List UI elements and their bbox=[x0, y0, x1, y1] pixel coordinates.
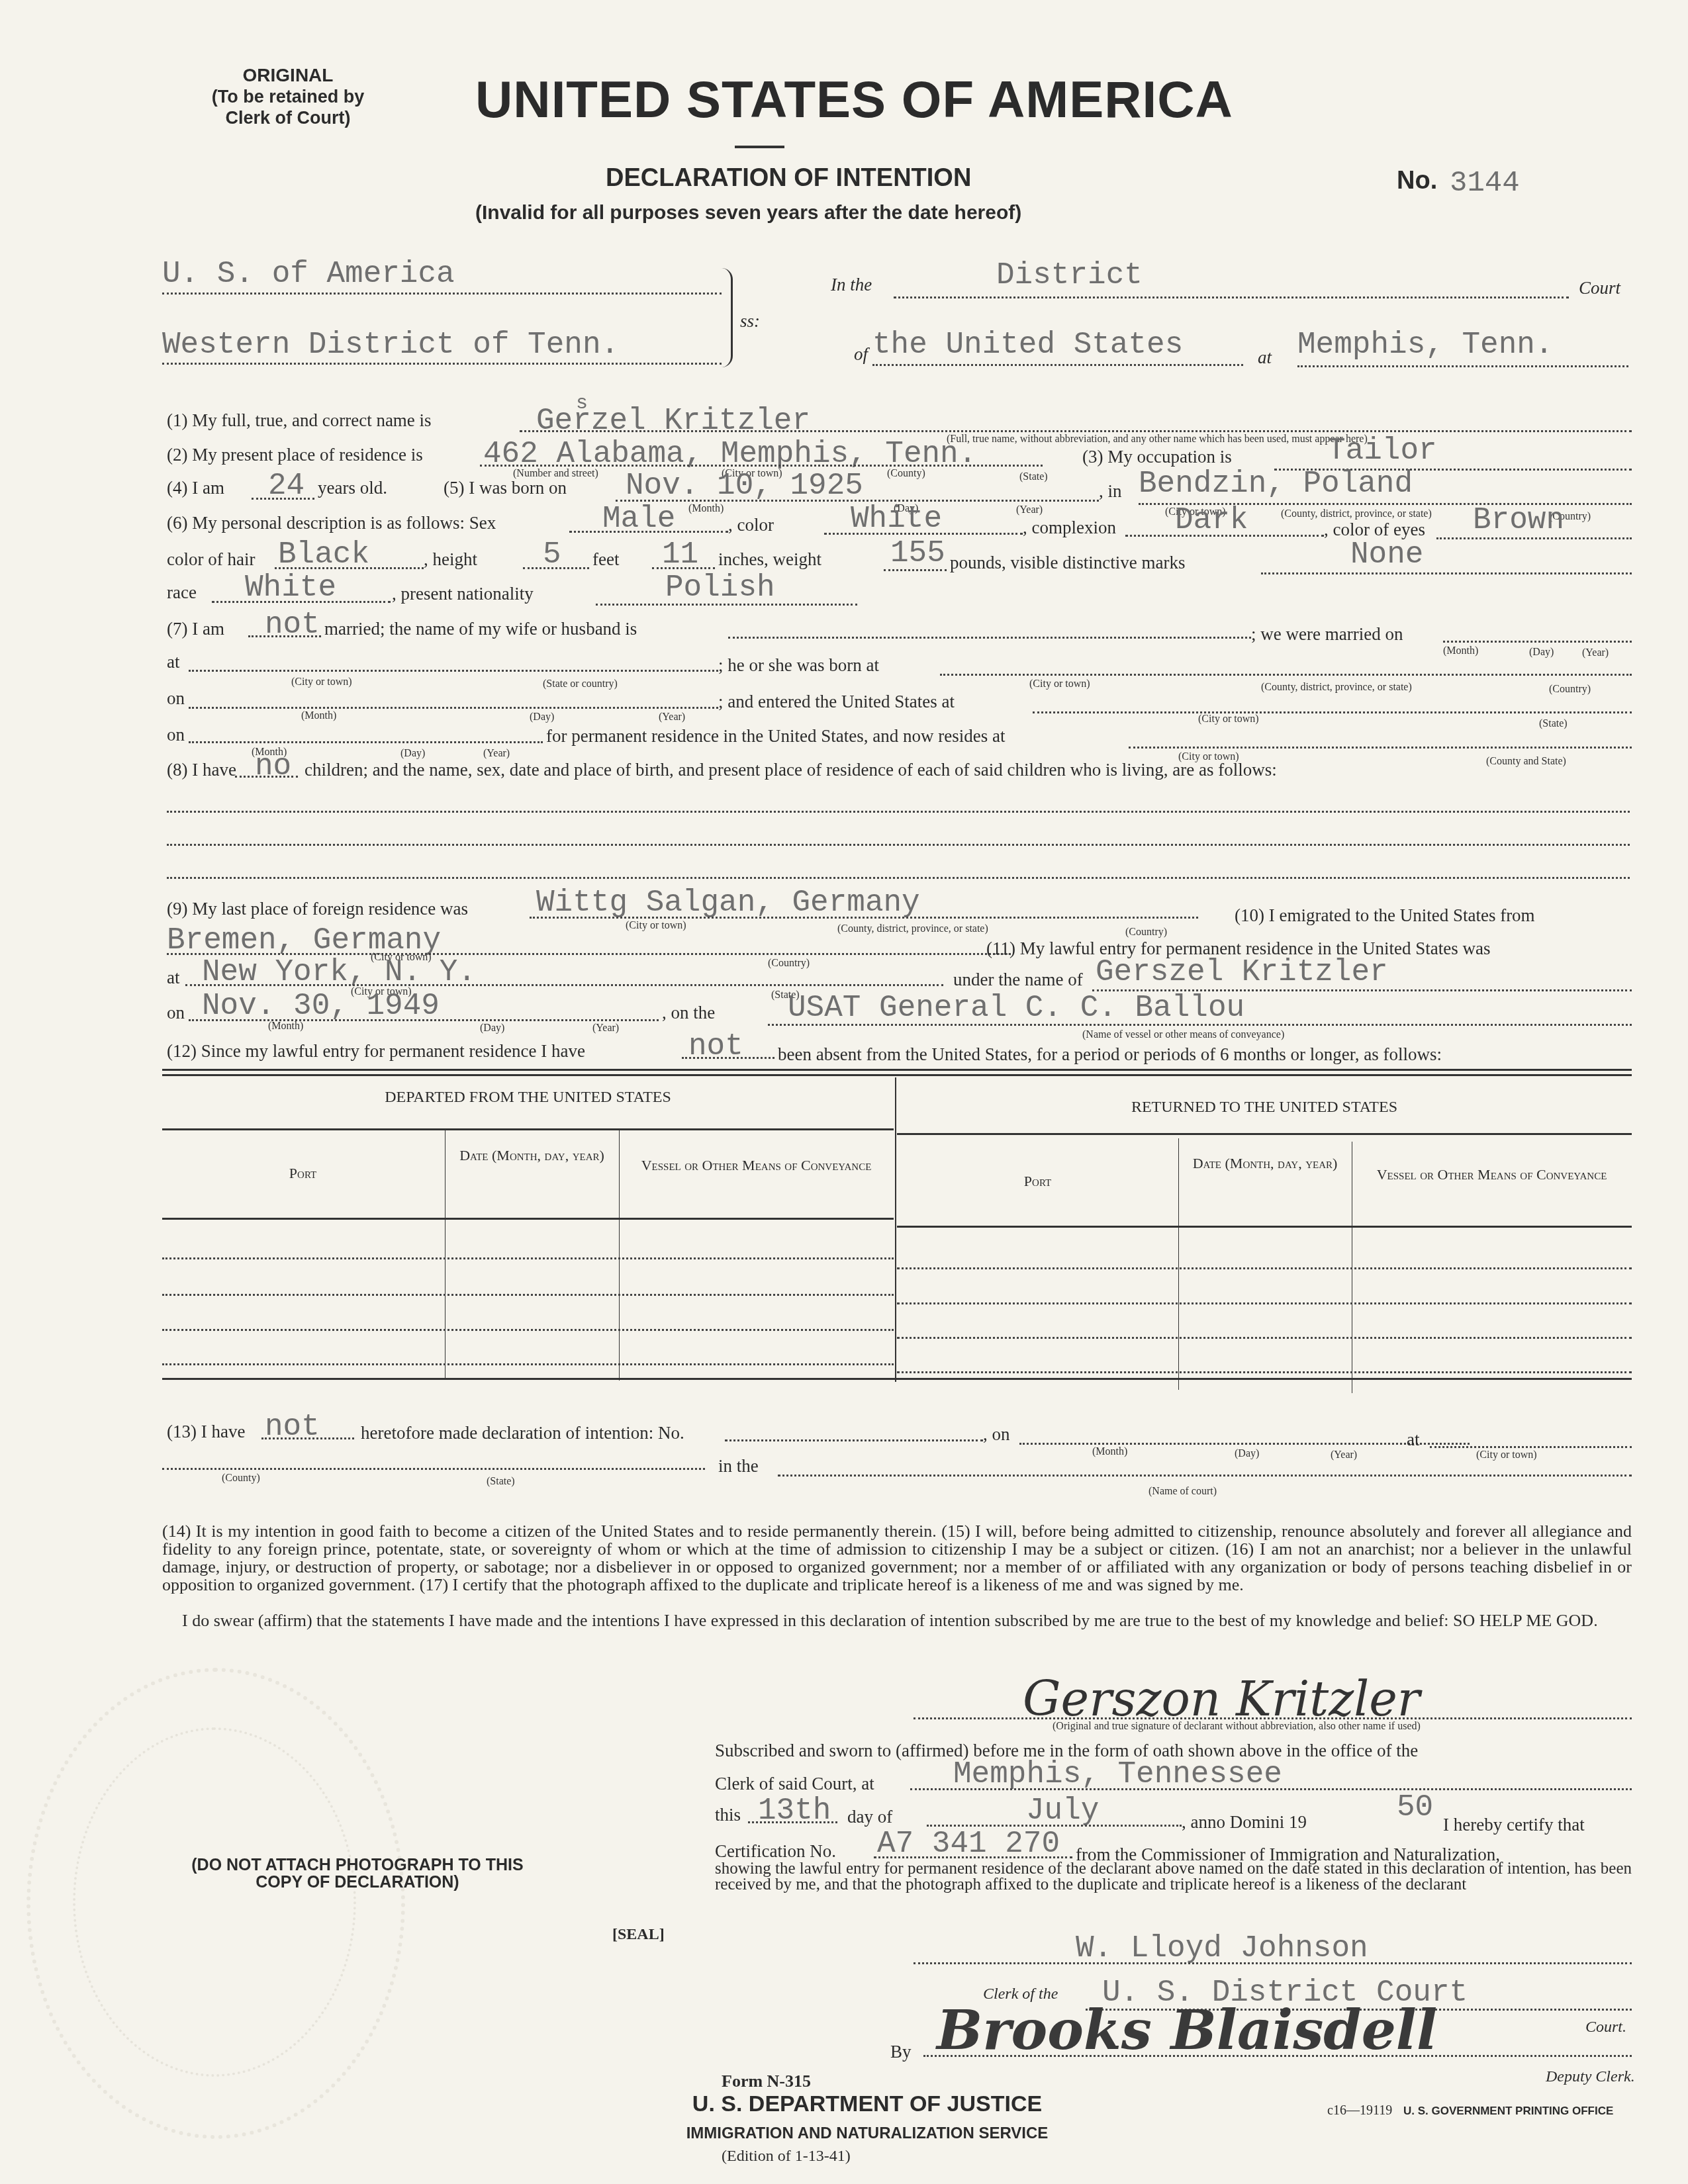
spouse-entry-line bbox=[1033, 711, 1632, 713]
service-name: IMMIGRATION AND NATURALIZATION SERVICE bbox=[609, 2124, 1125, 2143]
q7-married-on-label: ; we were married on bbox=[1251, 624, 1403, 645]
race-label: race bbox=[167, 582, 197, 603]
declarant-signature-line bbox=[914, 1717, 1632, 1719]
col-divider-3 bbox=[1178, 1138, 1179, 1390]
court-of-field[interactable]: the United States bbox=[872, 328, 1183, 362]
complexion-line bbox=[1125, 535, 1324, 537]
q7-entered-label: ; and entered the United States at bbox=[718, 692, 955, 712]
oath-location-line bbox=[910, 1788, 1632, 1790]
court-type-line bbox=[894, 296, 1569, 298]
q9-caption-county: (County, district, province, or state) bbox=[837, 923, 988, 935]
row-line-right bbox=[897, 1371, 1632, 1373]
photo-note-line-1: (DO NOT ATTACH PHOTOGRAPH TO THIS bbox=[165, 1856, 549, 1874]
row-line-right bbox=[897, 1337, 1632, 1339]
seal-label: [SEAL] bbox=[612, 1926, 665, 1944]
q7-at-caption-state: (State or country) bbox=[543, 678, 618, 690]
venue-brace bbox=[722, 268, 733, 367]
q7-at-caption-city: (City or town) bbox=[291, 676, 352, 688]
q13-label: (13) I have bbox=[167, 1422, 245, 1442]
declarant-signature-caption: (Original and true signature of declaran… bbox=[1053, 1721, 1421, 1733]
children-line-1 bbox=[167, 811, 1630, 813]
q11-date-line bbox=[189, 1019, 659, 1021]
day-of-label: day of bbox=[847, 1807, 892, 1827]
occupation-field[interactable]: Tailor bbox=[1327, 433, 1437, 468]
certification-label: Certification No. bbox=[715, 1841, 836, 1862]
height-label: , height bbox=[424, 549, 477, 570]
of-label: of bbox=[854, 344, 868, 365]
clerk-name-field[interactable]: W. Lloyd Johnson bbox=[1076, 1931, 1368, 1966]
title-rule bbox=[735, 146, 784, 148]
q13-at-label: at bbox=[1407, 1430, 1420, 1450]
race-line bbox=[212, 601, 391, 603]
q13-caption-month: (Month) bbox=[1092, 1446, 1127, 1458]
q11-caption-year: (Year) bbox=[592, 1023, 619, 1034]
row-line-left bbox=[162, 1294, 894, 1296]
q3-label: (3) My occupation is bbox=[1082, 447, 1232, 467]
col-divider-1 bbox=[445, 1128, 445, 1379]
venue-country-field[interactable]: U. S. of America bbox=[162, 257, 455, 291]
oath-paragraph: (14) It is my intention in good faith to… bbox=[162, 1522, 1632, 1594]
row-line-right bbox=[897, 1302, 1632, 1304]
q13-caption-year: (Year) bbox=[1331, 1449, 1357, 1461]
q2-caption-state: (State) bbox=[1019, 471, 1048, 483]
this-label: this bbox=[715, 1805, 741, 1825]
q13-on-label: , on bbox=[983, 1424, 1010, 1445]
q12-line bbox=[682, 1057, 774, 1059]
q5-label: (5) I was born on bbox=[444, 478, 567, 498]
q9-caption-country: (Country) bbox=[1125, 927, 1167, 938]
birth-date-field[interactable]: Nov. 10, 1925 bbox=[626, 469, 863, 503]
original-stamp: ORIGINAL (To be retained by Clerk of Cou… bbox=[199, 65, 377, 128]
oath-month-field[interactable]: July bbox=[1026, 1794, 1099, 1828]
nationality-field[interactable]: Polish bbox=[665, 570, 775, 605]
departed-heading-rule bbox=[162, 1128, 894, 1130]
color-label: , color bbox=[728, 515, 774, 535]
married-date-line bbox=[1443, 641, 1632, 643]
print-code: c16—19119 bbox=[1327, 2103, 1392, 2118]
q11-vessel-caption: (Name of vessel or other means of convey… bbox=[1082, 1029, 1284, 1041]
q7-spouse-label: married; the name of my wife or husband … bbox=[324, 619, 637, 639]
q7-on-label: on bbox=[167, 688, 185, 709]
col-header-vessel-returned: Vessel or Other Means of Conveyance bbox=[1352, 1166, 1632, 1183]
q5-caption-month: (Month) bbox=[688, 503, 724, 515]
color-field[interactable]: White bbox=[851, 502, 942, 536]
q9-label: (9) My last place of foreign residence w… bbox=[167, 899, 468, 919]
certify-label: I hereby certify that bbox=[1443, 1815, 1585, 1835]
q7-on2-caption-day: (Day) bbox=[400, 748, 425, 760]
last-foreign-residence-field[interactable]: Wittg Salgan, Germany bbox=[536, 886, 920, 920]
returned-heading-rule bbox=[897, 1133, 1632, 1135]
form-number: Form N-315 bbox=[722, 2071, 811, 2091]
q7-entered-caption-city: (City or town) bbox=[1198, 713, 1259, 725]
swear-paragraph: I do swear (affirm) that the statements … bbox=[162, 1612, 1632, 1629]
prior-county-state-line bbox=[162, 1468, 705, 1470]
col-header-port-returned: Port bbox=[897, 1173, 1178, 1190]
page-title: UNITED STATES OF AMERICA bbox=[475, 69, 1233, 130]
weight-label: inches, weight bbox=[718, 549, 821, 570]
children-line-3 bbox=[167, 877, 1630, 879]
children-line-2 bbox=[167, 844, 1630, 846]
column-header-rule-left bbox=[162, 1218, 894, 1220]
table-center-divider bbox=[895, 1077, 896, 1382]
q7-on-caption-day: (Day) bbox=[530, 711, 554, 723]
height-inches-line bbox=[652, 567, 715, 569]
q7-entered-caption-state: (State) bbox=[1539, 718, 1568, 730]
race-field[interactable]: White bbox=[245, 570, 336, 605]
weight-line bbox=[884, 569, 947, 571]
q7-on-caption-year: (Year) bbox=[659, 711, 685, 723]
original-note-1: (To be retained by bbox=[199, 86, 377, 107]
in-the-label: In the bbox=[831, 275, 872, 295]
prior-court-line bbox=[778, 1475, 1632, 1477]
court-suffix: Court. bbox=[1585, 2019, 1626, 2036]
validity-note: (Invalid for all purposes seven years af… bbox=[475, 202, 1021, 224]
q13-caption-state: (State) bbox=[487, 1476, 515, 1488]
birth-place-field[interactable]: Bendzin, Poland bbox=[1139, 467, 1413, 501]
court-type-field[interactable]: District bbox=[996, 258, 1143, 293]
by-label: By bbox=[890, 2042, 912, 2062]
department-name: U. S. DEPARTMENT OF JUSTICE bbox=[622, 2091, 1112, 2117]
embossed-seal-inner bbox=[73, 1727, 356, 2077]
deputy-clerk-signature[interactable]: Brooks Blaisdell bbox=[937, 1999, 1437, 2062]
children-field[interactable]: no bbox=[255, 749, 291, 784]
q13-caption-court: (Name of court) bbox=[1149, 1486, 1217, 1498]
declaration-number-label: No. bbox=[1397, 167, 1437, 195]
q5-place-caption-county: (County, district, province, or state) bbox=[1281, 508, 1432, 520]
declaration-number[interactable]: 3144 bbox=[1450, 167, 1520, 200]
q11-caption-month: (Month) bbox=[268, 1021, 303, 1032]
q7-on-caption-month: (Month) bbox=[301, 710, 336, 722]
col-header-vessel-departed: Vessel or Other Means of Conveyance bbox=[619, 1157, 894, 1174]
complexion-label: , complexion bbox=[1023, 518, 1116, 538]
venue-district-field[interactable]: Western District of Tenn. bbox=[162, 328, 619, 362]
q7-born-label: ; he or she was born at bbox=[718, 655, 879, 676]
q11-vessel-label: , on the bbox=[662, 1003, 715, 1023]
q7-status-line bbox=[248, 635, 321, 637]
q13-text: heretofore made declaration of intention… bbox=[361, 1423, 684, 1443]
q11-on-label: on bbox=[167, 1003, 185, 1023]
row-line-right bbox=[897, 1267, 1632, 1269]
q13-in-the-label: in the bbox=[718, 1456, 759, 1477]
court-location-line bbox=[1297, 365, 1628, 367]
court-location-field[interactable]: Memphis, Tenn. bbox=[1297, 328, 1553, 362]
q13-line bbox=[261, 1437, 354, 1439]
marks-line bbox=[1261, 572, 1632, 574]
distinctive-marks-field[interactable]: None bbox=[1350, 537, 1423, 572]
q5-in-label: , in bbox=[1099, 481, 1122, 502]
q4-suffix: years old. bbox=[318, 478, 387, 498]
col-header-date-returned: Date (Month, day, year) bbox=[1178, 1155, 1352, 1172]
col-header-port-departed: Port bbox=[162, 1165, 444, 1182]
prior-number-line bbox=[725, 1439, 983, 1441]
table-top-rule-1 bbox=[162, 1069, 1632, 1071]
q11-name-label: under the name of bbox=[953, 970, 1083, 990]
spouse-name-line bbox=[728, 637, 1251, 639]
ss-label: ss: bbox=[740, 311, 760, 332]
deputy-clerk-label: Deputy Clerk. bbox=[1546, 2068, 1635, 2086]
q1-line bbox=[520, 430, 1632, 432]
form-subtitle: DECLARATION OF INTENTION bbox=[606, 164, 971, 193]
photo-note: (DO NOT ATTACH PHOTOGRAPH TO THIS COPY O… bbox=[165, 1856, 549, 1891]
q13-caption-city: (City or town) bbox=[1476, 1449, 1537, 1461]
row-line-left bbox=[162, 1329, 894, 1331]
anno-domini-label: , anno Domini 19 bbox=[1182, 1812, 1307, 1833]
table-bottom-rule bbox=[162, 1378, 1632, 1380]
form-edition: (Edition of 1-13-41) bbox=[722, 2148, 851, 2165]
spouse-birthplace-line bbox=[940, 674, 1632, 676]
venue-line-2 bbox=[162, 363, 722, 365]
q11-vessel-line bbox=[768, 1024, 1632, 1026]
deputy-signature-line bbox=[923, 2055, 1632, 2057]
q13-caption-county: (County) bbox=[222, 1473, 260, 1484]
height-feet-line bbox=[523, 567, 589, 569]
q4-line bbox=[252, 498, 314, 500]
at-label: at bbox=[1258, 347, 1272, 368]
q4-label: (4) I am bbox=[167, 478, 224, 498]
feet-label: feet bbox=[592, 549, 619, 570]
complexion-field[interactable]: Dark bbox=[1175, 503, 1248, 537]
q8-label: (8) I have bbox=[167, 760, 236, 780]
q11-at-line bbox=[185, 984, 943, 986]
photo-note-line-2: COPY OF DECLARATION) bbox=[165, 1874, 549, 1891]
column-header-rule-right bbox=[897, 1226, 1632, 1228]
q12-text: been absent from the United States, for … bbox=[778, 1044, 1442, 1065]
original-note-2: Clerk of Court) bbox=[199, 107, 377, 128]
departed-heading: DEPARTED FROM THE UNITED STATES bbox=[162, 1089, 894, 1106]
spouse-entry-date-line bbox=[189, 741, 543, 743]
q5-caption-year: (Year) bbox=[1016, 504, 1043, 516]
q11-caption-day: (Day) bbox=[480, 1023, 504, 1034]
sex-line bbox=[569, 531, 728, 533]
q7-caption-month: (Month) bbox=[1443, 645, 1478, 657]
court-label: Court bbox=[1579, 278, 1620, 298]
weight-field[interactable]: 155 bbox=[890, 536, 945, 570]
nationality-label: , present nationality bbox=[392, 584, 534, 604]
q7-caption-day: (Day) bbox=[1529, 647, 1554, 659]
q7-at-label: at bbox=[167, 652, 180, 672]
original-label: ORIGINAL bbox=[199, 65, 377, 86]
q7-caption-year: (Year) bbox=[1582, 647, 1609, 659]
color-line bbox=[824, 533, 1023, 535]
q7-on2-label: on bbox=[167, 725, 185, 745]
venue-line-1 bbox=[162, 293, 722, 295]
q1-label: (1) My full, true, and correct name is bbox=[167, 410, 432, 431]
q7-born-caption-city: (City or town) bbox=[1029, 678, 1090, 690]
eye-color-field[interactable]: Brown bbox=[1473, 503, 1564, 537]
row-line-left bbox=[162, 1257, 894, 1259]
q7-resides-caption-state: (County and State) bbox=[1486, 756, 1566, 768]
q1-caption: (Full, true name, without abbreviation, … bbox=[947, 433, 1368, 445]
clerk-at-label: Clerk of said Court, at bbox=[715, 1774, 874, 1794]
vessel-field[interactable]: USAT General C. C. Ballou bbox=[788, 991, 1244, 1025]
q2-label: (2) My present place of residence is bbox=[167, 445, 423, 465]
full-name-field[interactable]: Gerzel Kritzler bbox=[536, 404, 810, 438]
q8-text: children; and the name, sex, date and pl… bbox=[305, 760, 1277, 780]
q13-caption-day: (Day) bbox=[1235, 1448, 1259, 1460]
certification-text-b: showing the lawful entry for permanent r… bbox=[715, 1861, 1632, 1893]
nationality-line bbox=[596, 604, 857, 606]
q11-at-label: at bbox=[167, 968, 180, 988]
certification-line bbox=[874, 1856, 1072, 1858]
returned-heading: RETURNED TO THE UNITED STATES bbox=[897, 1099, 1632, 1116]
col-header-date-departed: Date (Month, day, year) bbox=[445, 1147, 619, 1164]
prior-date-line bbox=[1019, 1443, 1470, 1445]
q9-line bbox=[530, 917, 1198, 919]
row-line-left bbox=[162, 1363, 894, 1365]
oath-year-field[interactable]: 50 bbox=[1397, 1790, 1433, 1825]
spouse-birthdate-line bbox=[189, 707, 718, 709]
q10-label: (10) I emigrated to the United States fr… bbox=[1235, 905, 1535, 926]
printer-name: U. S. GOVERNMENT PRINTING OFFICE bbox=[1403, 2105, 1613, 2118]
q7-born-caption-county: (County, district, province, or state) bbox=[1261, 682, 1412, 694]
table-top-rule-2 bbox=[162, 1074, 1632, 1076]
entry-name-field[interactable]: Gerszel Kritzler bbox=[1096, 955, 1388, 989]
q9-caption-city: (City or town) bbox=[626, 920, 686, 932]
spouse-resides-line bbox=[1129, 747, 1632, 749]
clerk-name-line bbox=[914, 1962, 1632, 1964]
eyes-line bbox=[1436, 537, 1632, 539]
q7-perm-label: for permanent residence in the United St… bbox=[546, 726, 1006, 747]
q2-line bbox=[480, 465, 1043, 467]
hair-line bbox=[275, 567, 424, 569]
q7-on2-caption-year: (Year) bbox=[483, 748, 510, 760]
married-place-line bbox=[189, 670, 718, 672]
marks-label: pounds, visible distinctive marks bbox=[950, 553, 1185, 573]
court-of-line bbox=[872, 364, 1243, 366]
q8-line bbox=[235, 776, 298, 778]
entry-date-field[interactable]: Nov. 30, 1949 bbox=[202, 989, 440, 1023]
q12-label: (12) Since my lawful entry for permanent… bbox=[167, 1041, 585, 1062]
hair-label: color of hair bbox=[167, 549, 255, 570]
q2-caption-county: (County) bbox=[887, 468, 925, 480]
oath-day-line bbox=[748, 1821, 837, 1823]
q6-label: (6) My personal description is as follow… bbox=[167, 513, 496, 533]
oath-location-field[interactable]: Memphis, Tennessee bbox=[953, 1757, 1282, 1792]
prior-city-line bbox=[1430, 1446, 1632, 1448]
q7-born-caption-country: (Country) bbox=[1549, 684, 1591, 696]
q7-label: (7) I am bbox=[167, 619, 224, 639]
q10-caption-country: (Country) bbox=[768, 958, 810, 970]
